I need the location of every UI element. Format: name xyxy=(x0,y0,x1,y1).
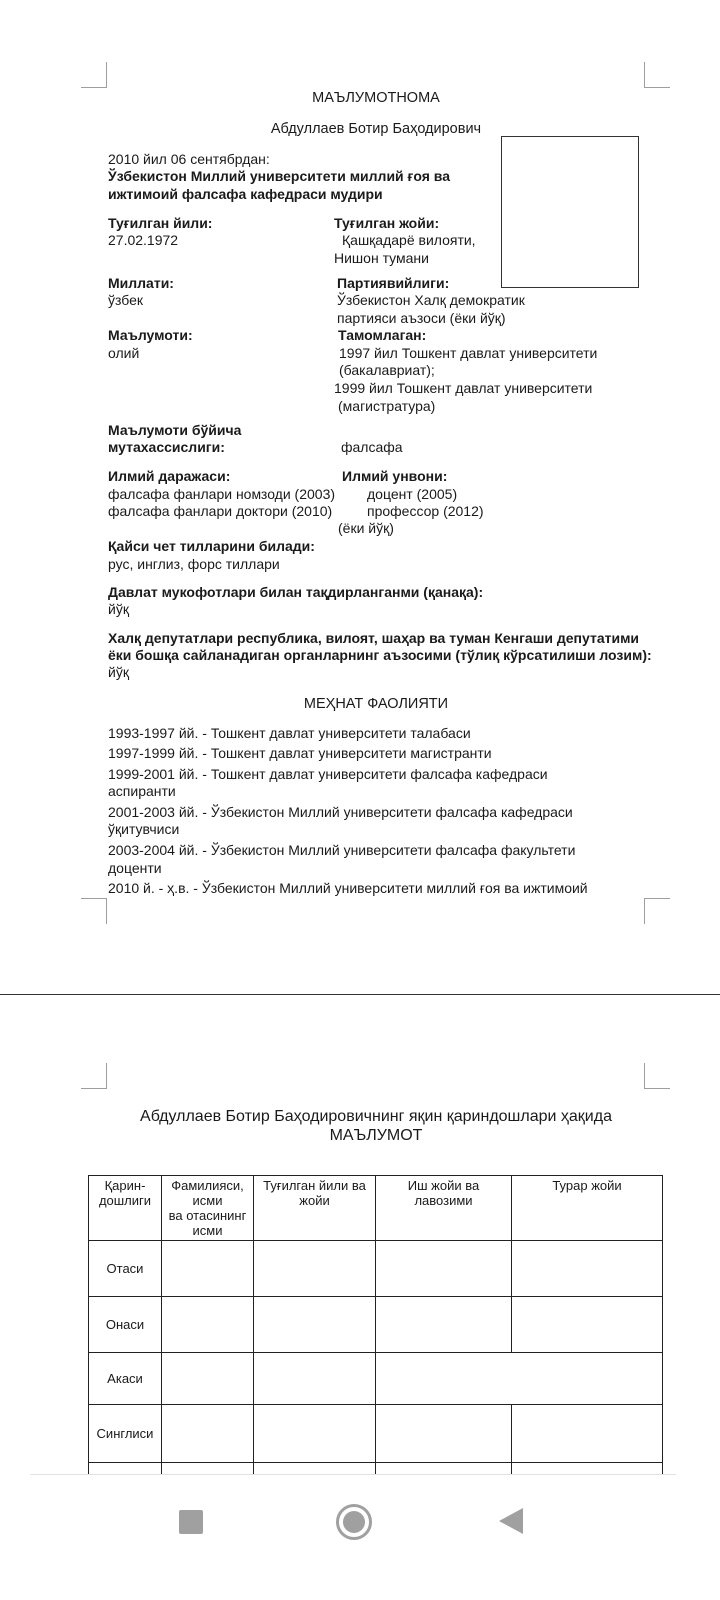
specialty-label: Маълумоти бўйича xyxy=(108,422,241,439)
birth-year-label: Туғилган йили: xyxy=(108,215,212,232)
nationality-value: ўзбек xyxy=(108,292,143,309)
work-entry: 1997-1999 йй. - Тошкент давлат университ… xyxy=(108,745,492,762)
page-margin-corner xyxy=(81,62,107,88)
graduated-value: 1997 йил Тошкент давлат университети xyxy=(339,345,597,362)
graduated-label: Тамомлаган: xyxy=(338,327,426,344)
nationality-label: Миллати: xyxy=(108,275,174,292)
table-cell[interactable] xyxy=(162,1297,254,1353)
document-title: МАЪЛУМОТНОМА xyxy=(0,90,720,107)
relation-cell: Акаси xyxy=(89,1353,162,1405)
birth-place-label: Туғилган жойи: xyxy=(334,215,439,232)
relatives-title: Абдуллаев Ботир Баҳодировичнинг яқин қар… xyxy=(0,1107,720,1126)
table-cell[interactable] xyxy=(162,1241,254,1297)
relation-cell: Отаси xyxy=(89,1241,162,1297)
page-margin-corner xyxy=(81,898,107,924)
page-margin-corner xyxy=(644,898,670,924)
table-cell[interactable] xyxy=(254,1297,376,1353)
work-entry: ўқитувчиси xyxy=(108,821,179,838)
awards-label: Давлат мукофотлари билан тақдирланганми … xyxy=(108,584,483,601)
work-entry: 1999-2001 йй. - Тошкент давлат университ… xyxy=(108,766,548,783)
relatives-table: Қарин- дошлиги Фамилияси, исми ва отасин… xyxy=(88,1175,663,1474)
since-date: 2010 йил 06 сентябрдан: xyxy=(108,151,270,168)
back-triangle-icon[interactable] xyxy=(499,1508,523,1534)
languages-label: Қайси чет тилларини билади: xyxy=(108,538,315,555)
current-position: ижтимоий фалсафа кафедраси мудири xyxy=(108,186,383,203)
table-cell-merged[interactable] xyxy=(376,1353,663,1405)
header-birth: Туғилган йили ва жойи xyxy=(254,1176,376,1241)
graduated-value: 1999 йил Тошкент давлат университети xyxy=(334,380,592,397)
table-cell[interactable] xyxy=(376,1241,512,1297)
degree-value: фалсафа фанлари номзоди (2003) xyxy=(108,486,335,503)
document-viewer[interactable]: МАЪЛУМОТНОМА Абдуллаев Ботир Баҳодирович… xyxy=(0,0,720,1474)
table-cell[interactable] xyxy=(254,1405,376,1463)
table-row: Онаси xyxy=(89,1297,663,1353)
rank-value: доцент (2005) xyxy=(367,486,457,503)
table-cell[interactable] xyxy=(254,1241,376,1297)
table-row: Акаси xyxy=(89,1353,663,1405)
party-value: Ўзбекистон Халқ демократик xyxy=(337,292,525,309)
birth-place-value: Нишон тумани xyxy=(334,250,429,267)
degree-label: Илмий даражаси: xyxy=(108,468,230,485)
party-value: партияси аъзоси (ёки йўқ) xyxy=(337,310,506,327)
relation-cell: Синглиси xyxy=(89,1405,162,1463)
table-cell[interactable] xyxy=(254,1353,376,1405)
rank-value: (ёки йўқ) xyxy=(338,520,394,537)
table-cell[interactable] xyxy=(162,1353,254,1405)
work-entry: доценти xyxy=(108,860,162,877)
work-entry: 2010 й. - ҳ.в. - Ўзбекистон Миллий униве… xyxy=(108,880,588,897)
page-break xyxy=(0,994,720,995)
relatives-title: МАЪЛУМОТ xyxy=(0,1126,720,1145)
header-residence: Турар жойи xyxy=(512,1176,663,1241)
table-cell[interactable] xyxy=(512,1463,663,1475)
page-margin-corner xyxy=(644,62,670,88)
work-entry: 1993-1997 йй. - Тошкент давлат университ… xyxy=(108,725,471,742)
table-cell[interactable] xyxy=(376,1463,512,1475)
table-cell[interactable] xyxy=(512,1241,663,1297)
page-margin-corner xyxy=(644,1063,670,1089)
graduated-value: (бакалавриат); xyxy=(339,362,435,379)
table-row xyxy=(89,1463,663,1475)
table-cell[interactable] xyxy=(376,1405,512,1463)
table-header-row: Қарин- дошлиги Фамилияси, исми ва отасин… xyxy=(89,1176,663,1241)
work-entry: 2003-2004 йй. - Ўзбекистон Миллий универ… xyxy=(108,842,575,859)
degree-value: фалсафа фанлари доктори (2010) xyxy=(108,503,332,520)
table-cell[interactable] xyxy=(162,1405,254,1463)
relation-cell xyxy=(89,1463,162,1475)
table-cell[interactable] xyxy=(512,1405,663,1463)
graduated-value: (магистратура) xyxy=(338,398,435,415)
table-cell[interactable] xyxy=(376,1297,512,1353)
table-row: Синглиси xyxy=(89,1405,663,1463)
work-history-title: МЕҲНАТ ФАОЛИЯТИ xyxy=(0,696,720,713)
birth-place-value: Қашқадарё вилояти, xyxy=(342,232,476,249)
rank-label: Илмий унвони: xyxy=(342,468,447,485)
current-position: Ўзбекистон Миллий университети миллий ғо… xyxy=(108,168,450,185)
photo-placeholder xyxy=(501,136,639,288)
relation-cell: Онаси xyxy=(89,1297,162,1353)
languages-value: рус, инглиз, форс тиллари xyxy=(108,556,280,573)
home-circle-icon[interactable] xyxy=(336,1504,372,1540)
table-cell[interactable] xyxy=(254,1463,376,1475)
header-relation: Қарин- дошлиги xyxy=(89,1176,162,1241)
header-full-name: Фамилияси, исми ва отасининг исми xyxy=(162,1176,254,1241)
recents-square-icon[interactable] xyxy=(179,1510,203,1534)
specialty-label: мутахассислиги: xyxy=(108,439,225,456)
table-row: Отаси xyxy=(89,1241,663,1297)
party-label: Партиявийлиги: xyxy=(337,275,449,292)
awards-value: йўқ xyxy=(108,601,129,618)
page-margin-corner xyxy=(81,1063,107,1089)
deputy-value: йўқ xyxy=(108,664,129,681)
header-work: Иш жойи ва лавозими xyxy=(376,1176,512,1241)
birth-year-value: 27.02.1972 xyxy=(108,232,178,249)
education-value: олий xyxy=(108,345,139,362)
education-label: Маълумоти: xyxy=(108,327,193,344)
table-cell[interactable] xyxy=(512,1297,663,1353)
rank-value: профессор (2012) xyxy=(367,503,484,520)
table-cell[interactable] xyxy=(162,1463,254,1475)
specialty-value: фалсафа xyxy=(341,439,403,456)
deputy-label: ёки бошқа сайланадиган органларнинг аъзо… xyxy=(108,647,652,664)
deputy-label: Халқ депутатлари республика, вилоят, шаҳ… xyxy=(108,630,639,647)
work-entry: 2001-2003 йй. - Ўзбекистон Миллий универ… xyxy=(108,804,573,821)
work-entry: аспиранти xyxy=(108,783,176,800)
